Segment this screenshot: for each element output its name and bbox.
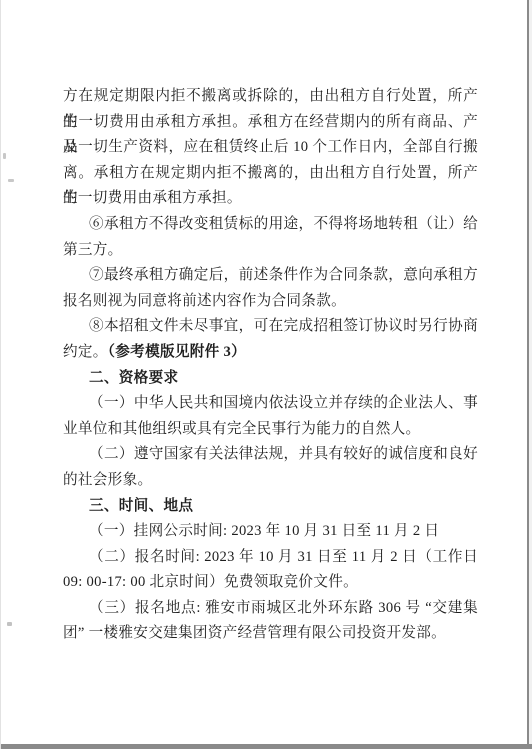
text-segment: （二）遵守国家有关法律法规，并具有较好的诚信度和良好 bbox=[89, 446, 478, 462]
scan-edge-left bbox=[0, 0, 1, 749]
text-segment: 报名则视为同意将前述内容作为合同条款。 bbox=[63, 293, 346, 309]
document-line: ⑧本招租文件未尽事宜，可在完成招租签订协议时另行协商 bbox=[63, 314, 478, 340]
document-line: 业单位和其他组织或具有完全民事行为能力的自然人。 bbox=[63, 417, 478, 443]
scan-speck bbox=[8, 179, 14, 182]
document-line: 二、资格要求 bbox=[63, 366, 478, 392]
document-line: ⑦最终承租方确定后，前述条件作为合同条款，意向承租方 bbox=[63, 263, 478, 289]
document-line: 的一切费用由承租方承担。承租方在经营期内的所有商品、产品 bbox=[63, 110, 478, 136]
scan-speck bbox=[7, 622, 12, 626]
document-line: （二）遵守国家有关法律法规，并具有较好的诚信度和良好 bbox=[63, 442, 478, 468]
document-line: 团” 一楼雅安交建集团资产经营管理有限公司投资开发部。 bbox=[63, 621, 478, 647]
document-line: 09: 00-17: 00 北京时间）免费领取竞价文件。 bbox=[63, 570, 478, 596]
text-segment: （二）报名时间: 2023 年 10 月 31 日至 11 月 2 日（工作日 bbox=[89, 549, 478, 565]
text-segment: 约定。 bbox=[63, 344, 108, 360]
document-line: （二）报名时间: 2023 年 10 月 31 日至 11 月 2 日（工作日 bbox=[63, 545, 478, 571]
document-line: 方在规定期限内拒不搬离或拆除的，由出租方自行处置，所产生 bbox=[63, 84, 478, 110]
text-segment: ⑦最终承租方确定后，前述条件作为合同条款，意向承租方 bbox=[89, 267, 478, 283]
text-segment: 09: 00-17: 00 北京时间）免费领取竞价文件。 bbox=[63, 574, 358, 590]
scan-speck bbox=[3, 153, 6, 159]
text-segment: （一）中华人民共和国境内依法设立并存续的企业法人、事 bbox=[89, 395, 478, 411]
document-line: 离。承租方在规定期内拒不搬离的，由出租方自行处置，所产生 bbox=[63, 161, 478, 187]
text-segment: 业单位和其他组织或具有完全民事行为能力的自然人。 bbox=[63, 421, 420, 437]
document-line: （一）挂网公示时间: 2023 年 10 月 31 日至 11 月 2 日 bbox=[63, 519, 478, 545]
text-segment: 第三方。 bbox=[63, 242, 123, 258]
text-segment-bold: （参考模版见附件 3） bbox=[108, 344, 246, 360]
scan-edge-right bbox=[527, 0, 529, 749]
document-line: 第三方。 bbox=[63, 238, 478, 264]
document-line: 报名则视为同意将前述内容作为合同条款。 bbox=[63, 289, 478, 315]
text-segment: ⑧本招租文件未尽事宜，可在完成招租签订协议时另行协商 bbox=[89, 318, 478, 334]
document-line: ⑥承租方不得改变租赁标的用途，不得将场地转租（让）给 bbox=[63, 212, 478, 238]
scan-edge-bottom bbox=[0, 744, 532, 749]
document-line: 及一切生产资料，应在租赁终止后 10 个工作日内，全部自行搬 bbox=[63, 135, 478, 161]
text-segment-bold: 三、时间、地点 bbox=[89, 498, 193, 514]
document-body: 方在规定期限内拒不搬离或拆除的，由出租方自行处置，所产生的一切费用由承租方承担。… bbox=[63, 84, 478, 647]
text-segment: 及一切生产资料，应在租赁终止后 10 个工作日内，全部自行搬 bbox=[63, 139, 478, 155]
text-segment: （三）报名地点: 雅安市雨城区北外环东路 306 号 “交建集 bbox=[89, 600, 478, 616]
text-segment: ⑥承租方不得改变租赁标的用途，不得将场地转租（让）给 bbox=[89, 216, 478, 232]
text-segment: 的一切费用由承租方承担。 bbox=[63, 190, 242, 206]
text-segment: （一）挂网公示时间: 2023 年 10 月 31 日至 11 月 2 日 bbox=[89, 523, 439, 539]
document-line: 三、时间、地点 bbox=[63, 494, 478, 520]
document-line: 约定。（参考模版见附件 3） bbox=[63, 340, 478, 366]
document-line: （三）报名地点: 雅安市雨城区北外环东路 306 号 “交建集 bbox=[63, 596, 478, 622]
document-line: 的一切费用由承租方承担。 bbox=[63, 186, 478, 212]
text-segment-bold: 二、资格要求 bbox=[89, 370, 178, 386]
document-page: 方在规定期限内拒不搬离或拆除的，由出租方自行处置，所产生的一切费用由承租方承担。… bbox=[0, 0, 532, 749]
text-segment: 的社会形象。 bbox=[63, 472, 152, 488]
document-line: （一）中华人民共和国境内依法设立并存续的企业法人、事 bbox=[63, 391, 478, 417]
document-line: 的社会形象。 bbox=[63, 468, 478, 494]
text-segment: 团” 一楼雅安交建集团资产经营管理有限公司投资开发部。 bbox=[63, 625, 446, 641]
